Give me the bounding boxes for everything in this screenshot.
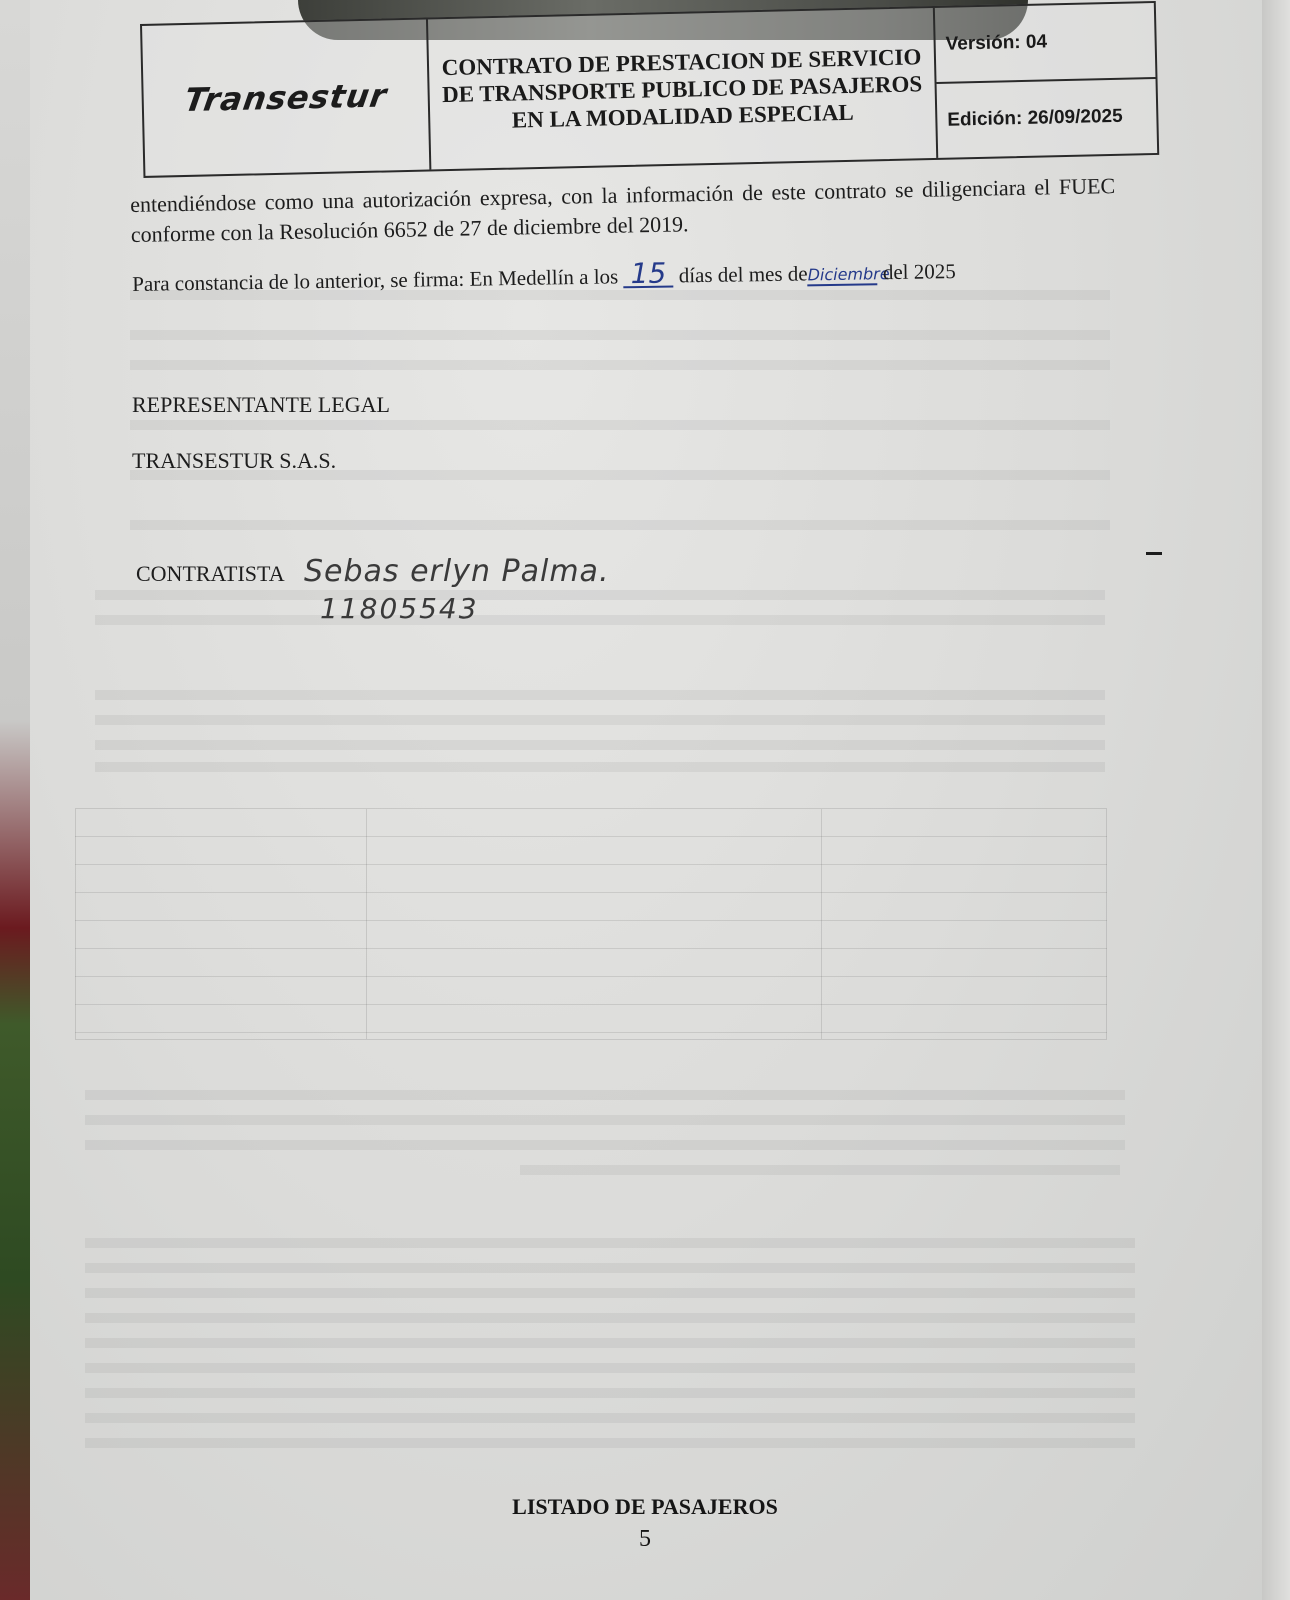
company-name-label: TRANSESTUR S.A.S. xyxy=(132,448,336,474)
edition-label: Edición: 26/09/2025 xyxy=(937,79,1158,158)
authorization-paragraph: entendiéndose como una autorización expr… xyxy=(130,171,1116,250)
contractor-signature-name: Sebas erlyn Palma. xyxy=(304,554,609,589)
signing-prefix: Para constancia de lo anterior, se firma… xyxy=(132,264,618,296)
handwritten-day: 15 xyxy=(623,261,673,288)
handwritten-month: Diciembre xyxy=(807,265,877,286)
document-page: Transestur CONTRATO DE PRESTACION DE SER… xyxy=(0,0,1290,1600)
signing-statement: Para constancia de lo anterior, se firma… xyxy=(132,257,956,297)
page-number: 5 xyxy=(0,1526,1290,1553)
passenger-list-title: LISTADO DE PASAJEROS xyxy=(0,1494,1290,1520)
version-label: Versión: 04 xyxy=(935,3,1156,84)
document-meta: Versión: 04 Edición: 26/09/2025 xyxy=(935,3,1157,158)
logo-cell: Transestur xyxy=(142,19,431,175)
signing-suffix: del 2025 xyxy=(883,259,956,284)
company-logo: Transestur xyxy=(182,76,390,119)
document-header: Transestur CONTRATO DE PRESTACION DE SER… xyxy=(140,1,1159,178)
signing-middle: días del mes de xyxy=(679,261,808,287)
contractor-label: CONTRATISTA xyxy=(136,561,285,587)
legal-representative-label: REPRESENTANTE LEGAL xyxy=(132,392,390,418)
document-title: CONTRATO DE PRESTACION DE SERVICIO DE TR… xyxy=(428,8,938,169)
contractor-signature-id: 11805543 xyxy=(320,592,479,625)
pen-mark xyxy=(1146,552,1162,555)
